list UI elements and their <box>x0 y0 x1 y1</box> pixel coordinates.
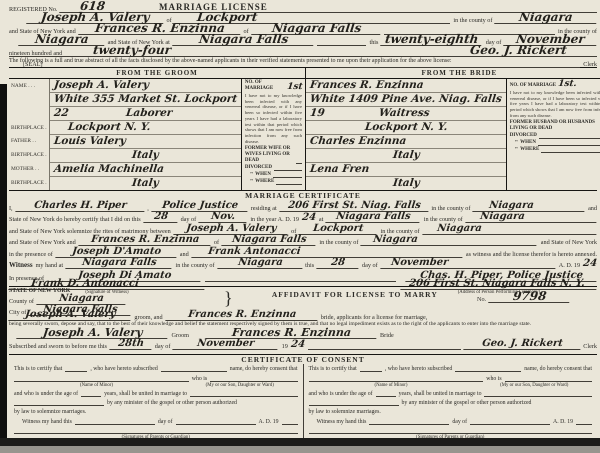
blank-line <box>309 381 484 382</box>
rule-line <box>202 56 437 57</box>
birthplace-label: BIRTHPLACE . <box>9 121 49 135</box>
mother-label: MOTHER . . <box>9 162 49 176</box>
officiant-title: Police Justice <box>151 201 248 212</box>
year-pre-label: 19 <box>282 343 288 350</box>
sworn-month: November <box>173 339 280 350</box>
father-label: FATHER . . <box>9 135 49 149</box>
bride-age-value: 19 <box>309 108 325 119</box>
bride-caption: Bride <box>380 332 394 339</box>
sworn-day: 28th <box>109 339 152 350</box>
sworn-line: Subscribed and sworn to before me this 2… <box>9 339 597 350</box>
seal-line: [SEAL] Clerk <box>9 57 597 68</box>
and-label: and <box>588 205 597 212</box>
groom-father-birthplace-value: Italy <box>131 150 159 161</box>
bride-residence-row: White 1409 Pine Ave. Niag. Falls <box>306 93 506 107</box>
groom-residence-row: White 355 Market St. Lockport <box>50 93 241 107</box>
witness-word: Witness <box>9 261 33 269</box>
officiant-address: 206 First St. Niag. Falls <box>279 201 429 212</box>
who-is-label: who is <box>486 376 501 382</box>
scan-background <box>0 446 600 453</box>
certify-label: State of New York do hereby certify that… <box>9 216 141 223</box>
presence-label: in the presence of <box>9 251 53 258</box>
groom-father-row: Louis Valery <box>50 135 241 149</box>
ceremony-day: 28 <box>143 212 178 223</box>
affidavit-number: 9798 <box>488 290 571 303</box>
scan-edge-left <box>0 84 7 438</box>
birthplace-label: BIRTHPLACE . <box>9 148 49 162</box>
cert-county-2: Niagara <box>465 212 598 223</box>
blank-line <box>210 381 297 382</box>
cert-line-4: and State of New York and Frances R. Enz… <box>9 235 597 247</box>
witness-1-name: Joseph D'Amato <box>55 247 177 258</box>
groom-caption: Groom <box>171 332 189 339</box>
blank-line <box>176 424 256 425</box>
bride-mid-label: bride, applicants for a license for marr… <box>321 314 428 321</box>
groom-mother-row: Amelia Machinella <box>50 163 241 177</box>
affidavit-section: STATE OF NEW YORK County ofNiagara City … <box>9 286 597 354</box>
blank-line <box>161 371 227 372</box>
blank-line <box>484 396 592 397</box>
bride-mother-value: Lena Fren <box>309 164 370 175</box>
former-husband-label: FORMER HUSBAND OR HUSBANDS LIVING OR DEA… <box>510 120 600 132</box>
affidavit-groom-name: Joseph A. Valery <box>8 310 132 321</box>
at-label: at <box>319 216 323 223</box>
solemnize-label: by law to solemnize marriages. <box>14 409 86 415</box>
name-label: NAME . . . <box>9 79 49 93</box>
this-label: this <box>369 39 378 46</box>
subscribed-label: , who have hereto subscribed <box>385 366 452 372</box>
relation-caption: (My or our Son, Daughter or Ward) <box>182 383 298 388</box>
consent-column-left: This is to certify that, who have hereto… <box>9 364 304 438</box>
bride-age-occupation-row: 19Waitress <box>306 107 506 121</box>
county-of-label: in the county of <box>453 17 492 24</box>
consent-that-label: name, do hereby consent that <box>230 366 298 372</box>
cert-line-1: I, Charles H. Piper , Police Justice res… <box>9 200 597 212</box>
minor-caption: (Name of Minor) <box>14 383 179 388</box>
day-of-label: day of <box>158 419 173 425</box>
groom-birthplace-row: Lockport N. Y. <box>50 121 241 135</box>
no-of-marriage-label: NO. OF MARRIAGE <box>245 80 285 92</box>
groom-name-row: Joseph A. Valery <box>50 79 241 93</box>
groom-marriage-number: 1st <box>286 83 303 92</box>
witness-day: 28 <box>316 258 359 269</box>
blank-line <box>309 405 399 406</box>
blank-line <box>65 371 87 372</box>
bride-entries: Frances R. Enzinna White 1409 Pine Ave. … <box>306 79 507 190</box>
ad-label: A. D. 19 <box>559 262 580 269</box>
consent-column-right: This is to certify that, who have hereto… <box>304 364 598 438</box>
bride-father-birthplace-row: Italy <box>306 149 506 163</box>
minister-label: by any minister of the gospel or other p… <box>402 400 532 406</box>
county-of-label: in the county of <box>424 216 463 223</box>
cert-groom-name: Joseph A. Valery <box>173 224 289 235</box>
affidavit-bride-name: Frances R. Enzinna <box>165 310 319 321</box>
blank-line <box>190 396 298 397</box>
groom-name-value: Joseph A. Valery <box>53 80 149 91</box>
cert-line-5: in the presence of Joseph D'Amato and Fr… <box>9 246 597 258</box>
ditto-mark: " <box>515 147 518 153</box>
blank-line <box>309 433 593 434</box>
rule-line <box>541 152 600 153</box>
solemnize-label: by law to solemnize marriages. <box>309 409 381 415</box>
blank-line <box>360 371 382 372</box>
ditto-mark: " <box>250 172 253 178</box>
bride-mother-row: Lena Fren <box>306 163 506 177</box>
bride-residence-value: White 1409 Pine Ave. Niag. Falls <box>309 94 502 105</box>
groom-father-birthplace-row: Italy <box>50 149 241 163</box>
bride-birthplace-value: Lockport N. Y. <box>364 122 448 133</box>
cert-county-4: Niagara <box>361 235 539 246</box>
united-label: years, shall be united in marriage to <box>399 391 482 397</box>
year-label: in the year A. D. 19 <box>250 216 299 223</box>
issue-year: twenty-four <box>64 44 200 57</box>
nineteen-hundred-label: nineteen hundred and <box>9 50 62 57</box>
blank-line <box>14 433 298 434</box>
divorced-label: DIVORCED <box>510 133 537 139</box>
when-label: WHEN <box>255 172 271 178</box>
groom-mother-value: Amelia Machinella <box>53 164 164 175</box>
no-label: No. <box>477 296 486 303</box>
form-content: MARRIAGE LICENSE REGISTERED No. 618 Jose… <box>9 2 597 436</box>
rule-line <box>274 170 302 171</box>
ditto-mark: " <box>250 179 253 185</box>
where-label: WHERE <box>520 147 539 153</box>
who-is-label: who is <box>192 376 207 382</box>
affidavit-title: AFFIDAVIT FOR LICENSE TO MARRY <box>233 288 477 299</box>
sworn-year: 24 <box>290 340 305 350</box>
certify-label: This is to certify that <box>309 366 357 372</box>
applicants-table: FROM THE GROOM NAME . . . BIRTHPLACE . F… <box>9 67 597 191</box>
where-label: WHERE <box>255 179 274 185</box>
witness-city: Niagara Falls <box>65 258 173 269</box>
consent-section: CERTIFICATE OF CONSENT This is to certif… <box>9 354 597 438</box>
rule-line <box>308 349 461 350</box>
groom-residence-value: White 355 Market St. Lockport <box>53 94 237 105</box>
state-suffix-label: and State of New York <box>541 239 597 246</box>
groom-header: FROM THE GROOM <box>9 68 305 79</box>
cert-bride-city: Niagara Falls <box>221 235 317 246</box>
blank-line <box>505 381 592 382</box>
day-of-label: day of <box>155 343 171 350</box>
minor-caption: (Name of Minor) <box>309 383 474 388</box>
of-label: of <box>214 239 219 246</box>
blank-line <box>14 381 189 382</box>
bride-name-value: Frances R. Enzinna <box>309 80 424 91</box>
blank-line <box>369 424 449 425</box>
day-of-label: day of <box>362 262 378 269</box>
day-of-label: day of <box>181 216 197 223</box>
rule-line <box>276 184 302 185</box>
subscribed-label: , who have hereto subscribed <box>90 366 157 372</box>
bride-birthplace-row: Lockport N. Y. <box>306 121 506 135</box>
annexed-label: as witness and the license therefor is h… <box>466 251 597 258</box>
ditto-mark: " <box>515 140 518 146</box>
groom-entries: Joseph A. Valery White 355 Market St. Lo… <box>49 79 242 190</box>
groom-birthplace-value: Lockport N. Y. <box>67 122 151 133</box>
affidavit-header: STATE OF NEW YORK County ofNiagara City … <box>9 288 597 310</box>
minister-label: by any minister of the gospel or other p… <box>107 400 237 406</box>
under-age-label: and who is under the age of <box>309 391 373 397</box>
i-label: I, <box>9 205 13 212</box>
consent-title: CERTIFICATE OF CONSENT <box>9 355 597 364</box>
cert-line-3: and State of New York solemnize the rite… <box>9 223 597 235</box>
certificate-section: MARRIAGE CERTIFICATE I, Charles H. Piper… <box>9 191 597 286</box>
united-label: years, shall be united in marriage to <box>104 391 187 397</box>
bride-header: FROM THE BRIDE <box>306 68 600 79</box>
bride-father-value: Charles Enzinna <box>309 136 407 147</box>
bride-health-statement: I have not to my knowledge been infected… <box>510 90 600 119</box>
blank-line <box>455 371 521 372</box>
rule-line <box>538 145 600 146</box>
groom-signature: Joseph A. Valery <box>16 327 169 339</box>
witness-year: 24 <box>582 259 597 269</box>
rule-line <box>317 45 366 46</box>
bride-mother-birthplace-value: Italy <box>392 178 420 189</box>
rule-line <box>273 177 302 178</box>
former-wife-label: FORMER WIFE OR WIVES LIVING OR DEAD <box>245 146 294 164</box>
residing-label: residing at <box>251 205 277 212</box>
license-line-4: nineteen hundred and twenty-four Geo. J.… <box>9 46 597 57</box>
relation-caption: (My or our Son, Daughter or Ward) <box>477 383 593 388</box>
groom-mid-label: groom, and <box>134 314 162 321</box>
blank-line <box>75 424 155 425</box>
blank-label <box>9 107 49 121</box>
county-of-label: in the county of <box>319 239 358 246</box>
no-of-marriage-label: NO. OF MARRIAGE <box>510 83 556 89</box>
clerk-signature-2: Geo. J. Rickert <box>463 339 581 350</box>
license-section: MARRIAGE LICENSE REGISTERED No. 618 Jose… <box>9 2 597 56</box>
cert-county-3: Niagara <box>422 224 598 235</box>
ceremony-year: 24 <box>301 213 316 223</box>
rule-line <box>205 281 396 282</box>
clerk-label: Clerk <box>583 343 597 350</box>
bride-name-row: Frances R. Enzinna <box>306 79 506 93</box>
seal-label: [SEAL] <box>23 61 43 68</box>
consent-that-label: name, do hereby consent that <box>524 366 592 372</box>
certify-label: This is to certify that <box>14 366 62 372</box>
rule-line <box>330 67 580 68</box>
clerk-label: Clerk <box>583 61 597 68</box>
groom-health-statement: I have not to my knowledge been infected… <box>245 93 302 145</box>
birthplace-label: BIRTHPLACE . <box>9 176 49 190</box>
when-label: WHEN <box>520 140 536 146</box>
certificate-title: MARRIAGE CERTIFICATE <box>9 192 597 200</box>
groom-marriage-box: NO. OF MARRIAGE1st I have not to my know… <box>242 79 305 190</box>
witness-county: Niagara <box>217 258 303 269</box>
and-state-label: and State of New York and <box>9 239 76 246</box>
cert-county-1: Niagara <box>473 201 586 212</box>
comma: , <box>147 205 149 212</box>
county-of-label: County of <box>9 298 34 305</box>
witness-hand-label: Witness my hand this <box>317 419 367 425</box>
witness-hand-label: Witness my hand this <box>22 419 72 425</box>
blank-line <box>14 405 104 406</box>
bride-mother-birthplace-row: Italy <box>306 177 506 190</box>
ceremony-month: Nov. <box>199 212 248 223</box>
cert-bride-name: Frances R. Enzinna <box>78 235 212 246</box>
groom-mother-birthplace-value: Italy <box>131 178 159 189</box>
officiant-name: Charles H. Piper <box>15 201 145 212</box>
groom-mother-birthplace-row: Italy <box>50 177 241 190</box>
cert-groom-city: Lockport <box>299 224 379 235</box>
groom-column: FROM THE GROOM NAME . . . BIRTHPLACE . F… <box>9 68 306 190</box>
groom-age-occupation-row: 22Laborer <box>50 107 241 121</box>
bride-marriage-number: 1st. <box>558 80 578 89</box>
ad-label: A. D. 19 <box>553 419 573 425</box>
rule-line <box>539 138 600 139</box>
under-age-label: and who is under the age of <box>14 391 78 397</box>
clerk-signature: Geo. J. Rickert <box>439 44 597 57</box>
bride-father-birthplace-value: Italy <box>392 150 420 161</box>
day-of-label: day of <box>452 419 467 425</box>
bride-marriage-box: NO. OF MARRIAGE1st. I have not to my kno… <box>507 79 600 190</box>
witness-2-name: Frank Antonacci <box>191 247 464 258</box>
ceremony-city: Niagara Falls <box>326 212 422 223</box>
groom-father-value: Louis Valery <box>53 136 126 147</box>
blank-line <box>470 424 550 425</box>
groom-age-value: 22 <box>53 108 69 119</box>
venue-brace: } <box>224 288 233 308</box>
witness-month: November <box>380 258 556 269</box>
blank-label <box>9 93 49 107</box>
blank-line <box>576 424 592 425</box>
my-hand-label: my hand at <box>36 262 64 269</box>
affidavit-number-block: No. 9798 <box>477 288 597 303</box>
county-of-label: in the county of <box>431 205 470 212</box>
blank-line <box>376 396 396 397</box>
county-of-label: in the county of <box>176 262 215 269</box>
ad-label: A. D. 19 <box>259 419 279 425</box>
cert-line-6: Witness my hand at Niagara Falls in the … <box>9 258 597 270</box>
blank-line <box>81 396 101 397</box>
scan-edge-bottom <box>0 438 600 446</box>
rule-line <box>296 163 302 164</box>
scanned-document: MARRIAGE LICENSE REGISTERED No. 618 Jose… <box>0 0 600 438</box>
and-label: and <box>180 251 189 258</box>
groom-county: Niagara <box>495 11 598 24</box>
bride-occupation-value: Waitress <box>378 108 430 119</box>
groom-field-labels: NAME . . . BIRTHPLACE . FATHER . . BIRTH… <box>9 79 49 190</box>
affidavit-names-line: Joseph A. Valery groom, and Frances R. E… <box>9 310 597 321</box>
cert-line-2: State of New York do hereby certify that… <box>9 212 597 224</box>
groom-occupation-value: Laborer <box>126 108 174 119</box>
bride-column: FROM THE BRIDE Frances R. Enzinna White … <box>306 68 600 190</box>
sworn-label: Subscribed and sworn to before me this <box>9 343 107 350</box>
divorced-label: DIVORCED <box>245 165 272 171</box>
bride-father-row: Charles Enzinna <box>306 135 506 149</box>
blank-line <box>282 424 298 425</box>
this-label: this <box>305 262 314 269</box>
